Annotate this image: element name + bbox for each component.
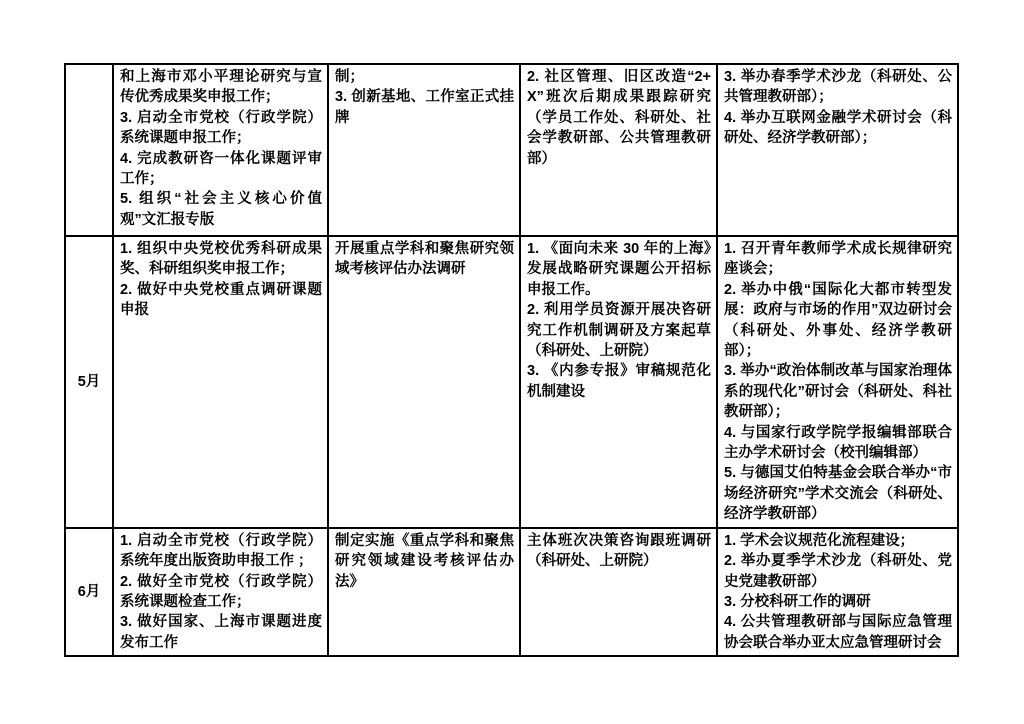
table-row-june: 6月 1. 启动全市党校（行政学院）系统年度出版资助申报工作 ； 2. 做好全市… [65,528,958,656]
month-cell: 5月 [65,236,113,528]
table-cell: 制定实施《重点学科和聚焦研究领域建设考核评估办法》 [328,528,520,656]
document-page: 和上海市邓小平理论研究与宣传优秀成果奖申报工作； 3. 启动全市党校（行政学院）… [0,0,1024,724]
table-cell: 1. 学术会议规范化流程建设； 2. 举办夏季学术沙龙（科研处、党史党建教研部）… [717,528,958,656]
table-row-continuation: 和上海市邓小平理论研究与宣传优秀成果奖申报工作； 3. 启动全市党校（行政学院）… [65,64,958,236]
table-cell: 开展重点学科和聚焦研究领域考核评估办法调研 [328,236,520,528]
table-cell: 1. 启动全市党校（行政学院）系统年度出版资助申报工作 ； 2. 做好全市党校（… [113,528,328,656]
table-cell: 制； 3. 创新基地、工作室正式挂牌 [328,64,520,236]
table-cell: 2. 社区管理、旧区改造“2+X”班次后期成果跟踪研究（学员工作处、科研处、社会… [520,64,717,236]
table-row-may: 5月 1. 组织中央党校优秀科研成果奖、科研组织奖申报工作； 2. 做好中央党校… [65,236,958,528]
table-cell: 主体班次决策咨询跟班调研（科研处、上研院） [520,528,717,656]
table-cell: 1. 组织中央党校优秀科研成果奖、科研组织奖申报工作； 2. 做好中央党校重点调… [113,236,328,528]
table-cell: 1. 《面向未来 30 年的上海》发展战略研究课题公开招标申报工作。 2. 利用… [520,236,717,528]
table-cell: 3. 举办春季学术沙龙（科研处、公共管理教研部）； 4. 举办互联网金融学术研讨… [717,64,958,236]
table-cell: 1. 召开青年教师学术成长规律研究座谈会； 2. 举办中俄“国际化大都市转型发展… [717,236,958,528]
work-plan-table: 和上海市邓小平理论研究与宣传优秀成果奖申报工作； 3. 启动全市党校（行政学院）… [64,63,959,657]
table-cell: 和上海市邓小平理论研究与宣传优秀成果奖申报工作； 3. 启动全市党校（行政学院）… [113,64,328,236]
month-cell: 6月 [65,528,113,656]
month-cell [65,64,113,236]
